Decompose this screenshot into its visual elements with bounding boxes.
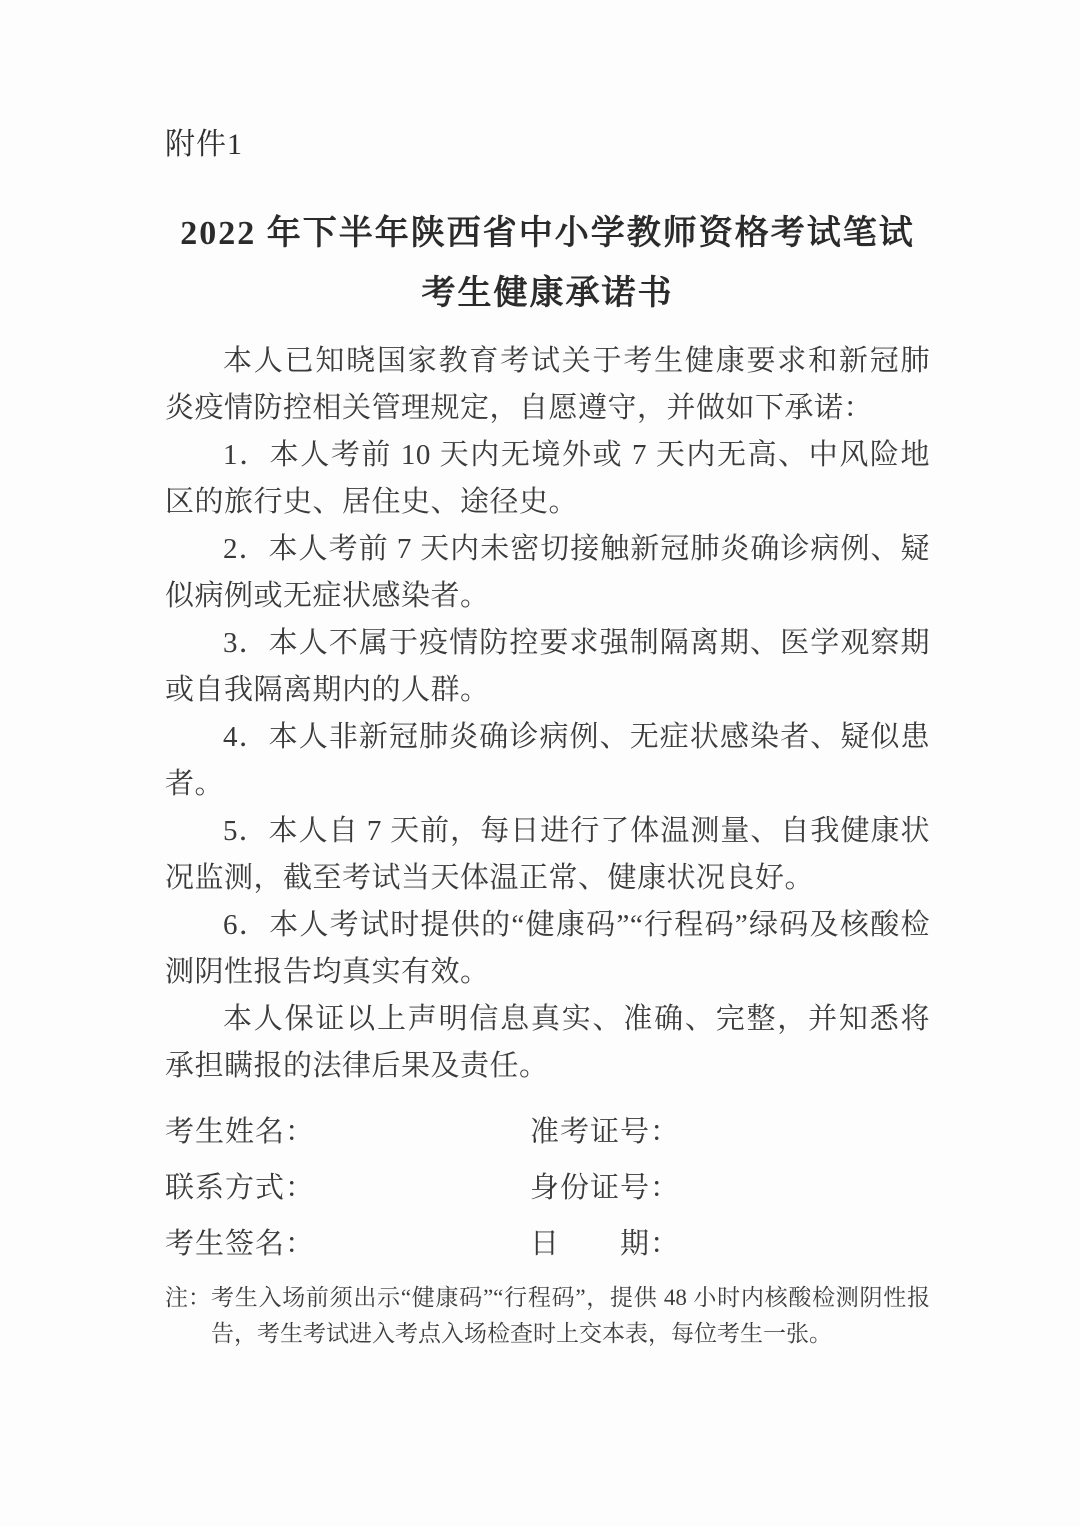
intro-paragraph: 本人已知晓国家教育考试关于考生健康要求和新冠肺炎疫情防控相关管理规定，自愿遵守，… [165, 338, 930, 432]
form-row-contact-id: 联系方式： 身份证号： [165, 1160, 930, 1216]
title-line-2: 考生健康承诺书 [165, 264, 930, 324]
commitment-item-1: 1．本人考前 10 天内无境外或 7 天内无高、中风险地区的旅行史、居住史、途径… [165, 432, 930, 526]
form-row-signature-date: 考生签名： 日 期： [165, 1216, 930, 1272]
commitment-item-4: 4．本人非新冠肺炎确诊病例、无症状感染者、疑似患者。 [165, 714, 930, 808]
date-label: 日 期： [530, 1216, 930, 1272]
attachment-label: 附件1 [165, 126, 930, 164]
document-body: 本人已知晓国家教育考试关于考生健康要求和新冠肺炎疫情防控相关管理规定，自愿遵守，… [165, 338, 930, 1090]
id-card-number-label: 身份证号： [530, 1160, 930, 1216]
commitment-item-3: 3．本人不属于疫情防控要求强制隔离期、医学观察期或自我隔离期内的人群。 [165, 620, 930, 714]
commitment-item-6: 6．本人考试时提供的“健康码”“行程码”绿码及核酸检测阴性报告均真实有效。 [165, 902, 930, 996]
candidate-signature-label: 考生签名： [165, 1216, 530, 1272]
form-row-name-ticket: 考生姓名： 准考证号： [165, 1104, 930, 1160]
footnote: 注： 考生入场前须出示“健康码”“行程码”，提供 48 小时内核酸检测阴性报告，… [165, 1280, 930, 1352]
commitment-item-2: 2．本人考前 7 天内未密切接触新冠肺炎确诊病例、疑似病例或无症状感染者。 [165, 526, 930, 620]
document-title: 2022 年下半年陕西省中小学教师资格考试笔试 考生健康承诺书 [165, 204, 930, 324]
footnote-text: 考生入场前须出示“健康码”“行程码”，提供 48 小时内核酸检测阴性报告，考生考… [211, 1280, 930, 1352]
commitment-item-5: 5．本人自 7 天前，每日进行了体温测量、自我健康状况监测，截至考试当天体温正常… [165, 808, 930, 902]
candidate-name-label: 考生姓名： [165, 1104, 530, 1160]
contact-method-label: 联系方式： [165, 1160, 530, 1216]
closing-paragraph: 本人保证以上声明信息真实、准确、完整，并知悉将承担瞒报的法律后果及责任。 [165, 996, 930, 1090]
admission-ticket-number-label: 准考证号： [530, 1104, 930, 1160]
title-line-1: 2022 年下半年陕西省中小学教师资格考试笔试 [165, 204, 930, 264]
footnote-label: 注： [165, 1280, 211, 1352]
document-page: 附件1 2022 年下半年陕西省中小学教师资格考试笔试 考生健康承诺书 本人已知… [0, 0, 1080, 1527]
signature-form: 考生姓名： 准考证号： 联系方式： 身份证号： 考生签名： 日 期： [165, 1104, 930, 1272]
